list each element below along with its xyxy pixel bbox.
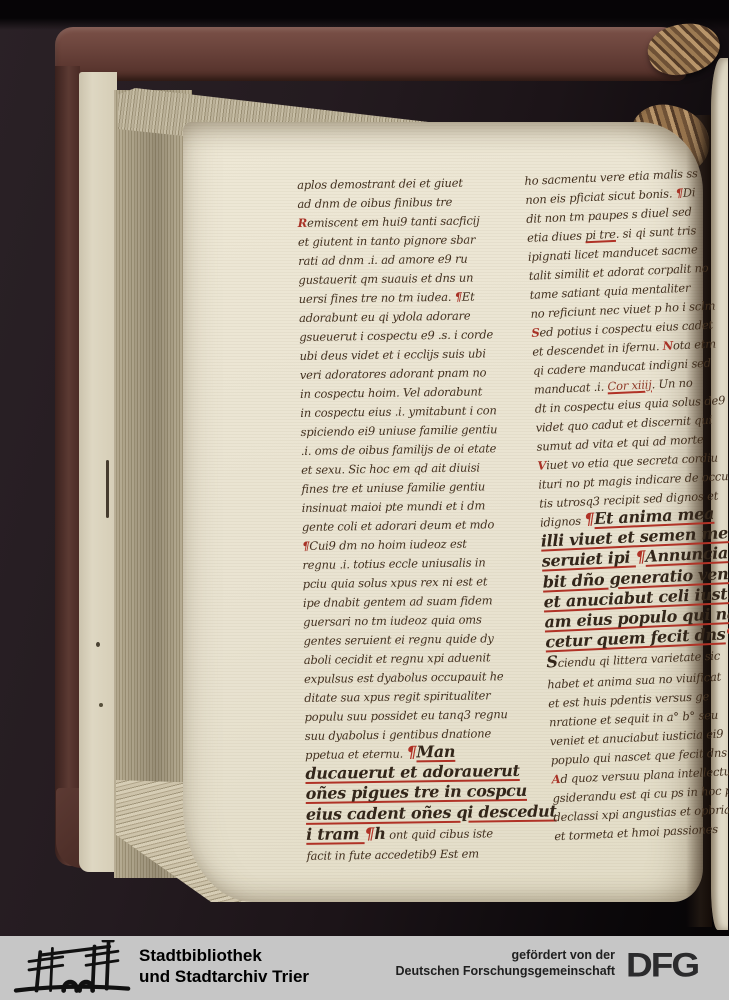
ink-text: h xyxy=(374,824,386,843)
ink-text: . Un no xyxy=(651,376,693,392)
rubric-text: ¶ xyxy=(364,824,374,843)
library-name-line2: und Stadtarchiv Trier xyxy=(139,966,309,987)
library-name: Stadtbibliothek und Stadtarchiv Trier xyxy=(139,945,309,987)
library-name-line1: Stadtbibliothek xyxy=(139,945,309,966)
ink-text: uersi fines tre no tm iudea. xyxy=(299,290,455,306)
ink-text: ubi deus videt et i ecclijs suis ubi xyxy=(299,346,485,363)
ink-text: insinuat maioi pte mundi et i dm xyxy=(302,498,486,515)
manuscript-line: facit in fute accedetib9 Est em xyxy=(306,841,557,863)
leather-cover-top-edge xyxy=(55,27,687,81)
funding-credit: gefördert von der Deutschen Forschungsge… xyxy=(300,948,615,979)
ink-text: Cui9 dm no hoim iudeoz est xyxy=(309,537,467,553)
left-text-column: aplos demostrant dei et giuetad dnm de o… xyxy=(297,171,557,864)
ink-text: ppetua et eternu. xyxy=(305,747,407,762)
ink-text: gsueuerut i cospectu e9 .s. i corde xyxy=(299,327,493,344)
ink-text: oñes pigues tre in cospcu xyxy=(306,781,527,803)
ink-text: seruiet ipi xyxy=(541,548,636,571)
rubric-text: N xyxy=(662,338,673,352)
ink-text: gentes seruient ei regnu quide dy xyxy=(303,631,493,648)
ink-text: populu suu possidet eu tanq3 regnu xyxy=(304,707,507,724)
rubric-text: Cor xiiij xyxy=(607,377,652,393)
dfg-logo: DFG xyxy=(626,946,698,985)
ink-text: i tram xyxy=(306,824,365,844)
funding-line1: gefördert von der xyxy=(300,948,615,964)
right-text-column: ho sacmentu vere etia malis ssnon eis pf… xyxy=(524,160,729,844)
ink-text: spiciendo ei9 uniuse familie gentiu xyxy=(301,422,498,439)
ink-text: Man xyxy=(416,742,455,762)
manuscript-line: eius cadent oñes qi descedut xyxy=(306,801,557,825)
ink-text: veri adoratores adorant pnam no xyxy=(300,365,487,382)
ink-text: guersari no tm iudeoz quia oms xyxy=(303,612,482,628)
ink-text: suu dyabolus i gentibus dnatione xyxy=(305,726,491,743)
ink-text: gustauerit qm suauis et dns un xyxy=(298,271,473,287)
paper-speck xyxy=(99,703,103,707)
ink-text: aboli cecidit et regnu xpi aduenit xyxy=(304,650,491,667)
ink-text: regnu .i. totius eccle uniusalis in xyxy=(302,555,485,572)
ink-text: idignos xyxy=(540,514,585,530)
funding-line2: Deutschen Forschungsgemeinschaft xyxy=(300,964,615,980)
rubric-text: ¶ xyxy=(406,742,416,761)
ink-text: pi tre xyxy=(585,227,616,242)
page-stack-fore-edge xyxy=(114,90,192,878)
page-marker xyxy=(106,460,109,518)
ink-text: adorabunt eu qi ydola adorare xyxy=(299,309,471,325)
ink-text: emiscent em hui9 tanti sacficij xyxy=(307,213,480,229)
leather-cover-left-edge xyxy=(55,66,80,866)
ink-text: ducauerut et adorauerut xyxy=(305,761,520,783)
ink-text: pciu quia solus xpus rex ni est et xyxy=(303,574,488,591)
ink-text: in cospectu eius .i. ymitabunt i con xyxy=(300,403,496,420)
ink-text: in cospectu hoim. Vel adorabunt xyxy=(300,384,482,401)
ink-text: eius cadent oñes qi descedut xyxy=(306,801,557,823)
ink-text: facit in fute accedetib9 Est em xyxy=(306,847,479,863)
ink-text: et giutent in tanto pignore sbar xyxy=(298,233,476,249)
paper-speck xyxy=(96,642,100,647)
ink-text: gente coli et adorari deum et mdo xyxy=(302,517,494,534)
ink-text: ipe dnabit gentem ad suam fidem xyxy=(303,593,493,610)
porta-nigra-logo-icon xyxy=(12,940,134,998)
ink-text: .i. oms de oibus familijs de oi etate xyxy=(301,441,497,458)
ink-text: expulsus est dyabolus occupauit he xyxy=(304,669,504,686)
ink-text: fines tre et uniuse familie gentiu xyxy=(301,479,485,496)
ink-text: ad dnm de oibus finibus tre xyxy=(297,195,452,211)
ink-text: aplos demostrant dei et giuet xyxy=(297,176,463,192)
ink-text: ota etm xyxy=(673,336,717,352)
ink-text: Annuncia xyxy=(645,544,729,567)
digitized-manuscript-scan: aplos demostrant dei et giuetad dnm de o… xyxy=(0,0,729,1000)
ink-text: Et xyxy=(462,290,475,304)
ink-text: etia diues xyxy=(527,228,586,245)
rubric-text: ¶ xyxy=(725,624,729,643)
ink-text: ont quid cibus iste xyxy=(386,826,493,841)
ink-text: rati ad dnm .i. ad amore e9 ru xyxy=(298,252,468,268)
ink-text: Di xyxy=(682,185,695,200)
endpaper-edge xyxy=(79,72,117,872)
ink-text: ditate sua xpus regit spiritualiter xyxy=(304,688,490,705)
ink-text: et sexu. Sic hoc em qd ait diuisi xyxy=(301,460,480,476)
